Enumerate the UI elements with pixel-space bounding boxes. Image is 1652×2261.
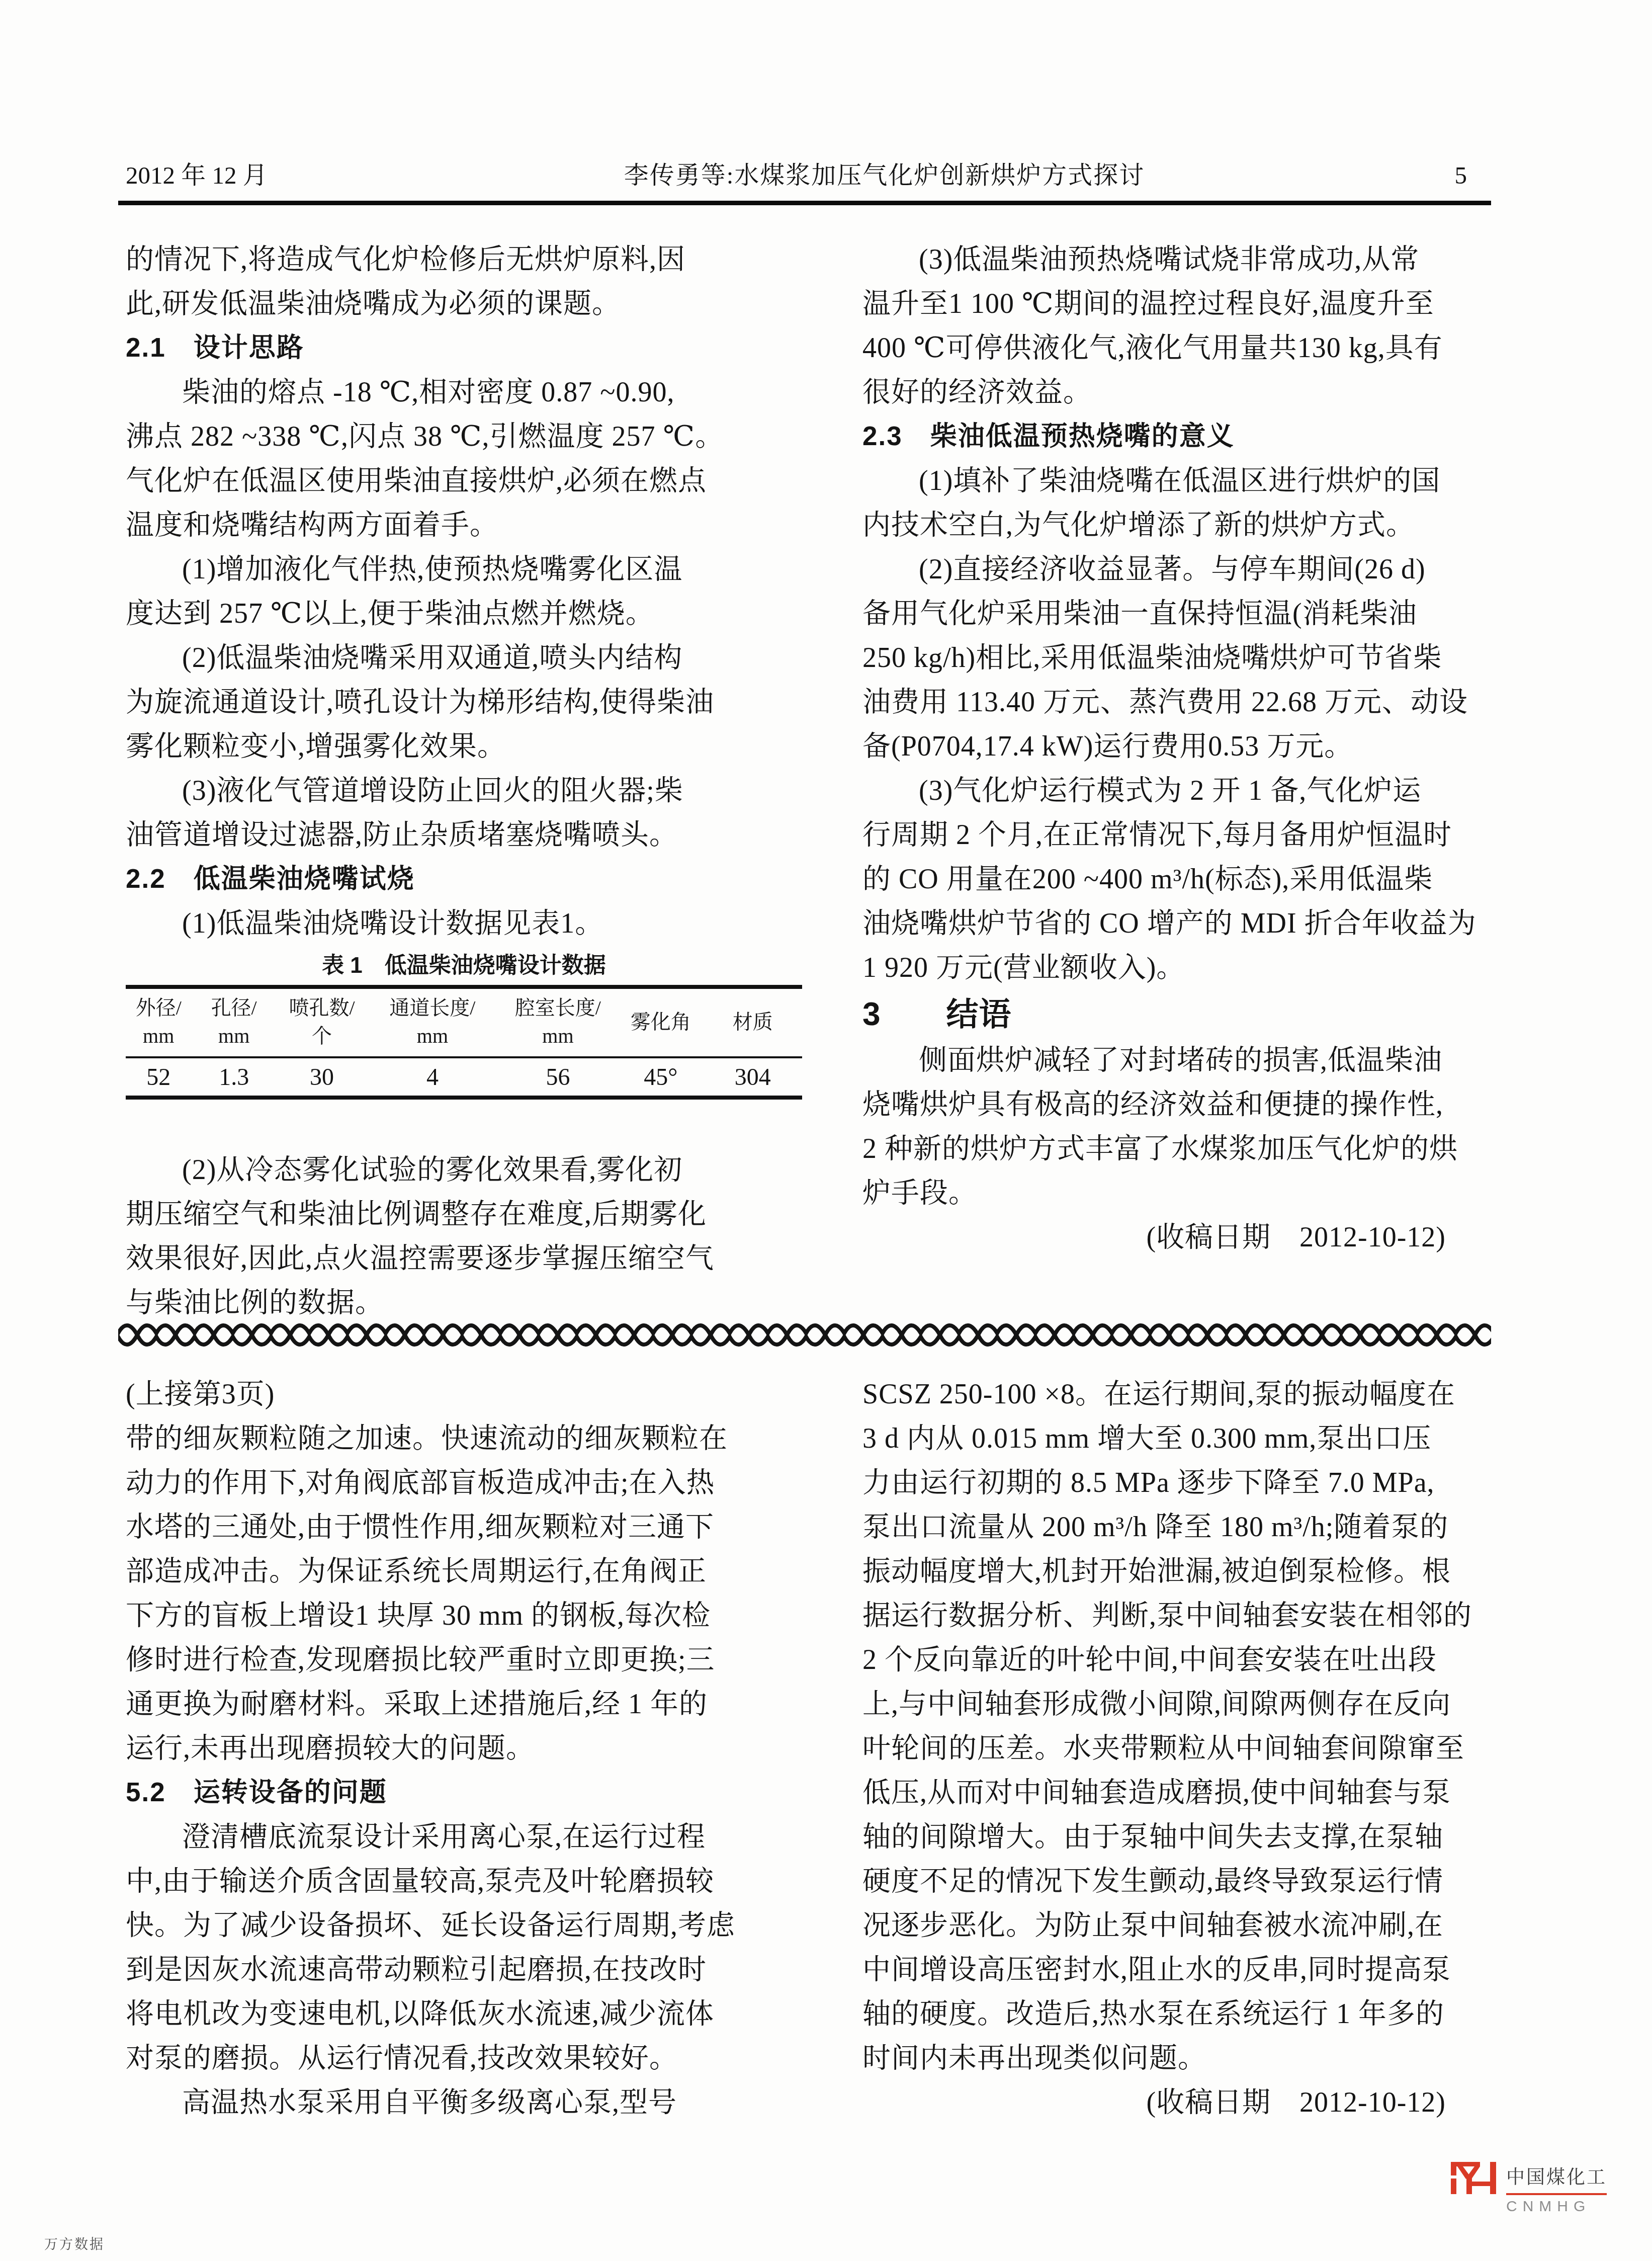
text-line: 修时进行检查,发现磨损比较严重时立即更换;三: [126, 1638, 802, 1682]
col-header-outer-diameter: 外径/mm: [126, 987, 191, 1057]
text-line: (上接第3页): [126, 1372, 802, 1416]
text-line: 烧嘴烘炉具有极高的经济效益和便捷的操作性,: [862, 1082, 1491, 1127]
upper-left-column: 的情况下,将造成气化炉检修后无烘炉原料,因此,研发低温柴油烧嘴成为必须的课题。2…: [126, 237, 802, 1325]
text-line: 带的细灰颗粒随之加速。快速流动的细灰颗粒在: [126, 1416, 802, 1461]
text-line: 温升至1 100 ℃期间的温控过程良好,温度升至: [862, 282, 1491, 326]
burner-design-table: 外径/mm 孔径/mm 喷孔数/个 通道长度/mm 腔室长度/mm 雾化角 材质: [126, 985, 802, 1100]
text-line: 400 ℃可停供液化气,液化气用量共130 kg,具有: [862, 326, 1491, 370]
logo-text: 中国煤化工 CNMHG: [1506, 2162, 1607, 2215]
table-caption: 表 1 低温柴油烧嘴设计数据: [126, 947, 802, 985]
text-line: 通更换为耐磨材料。采取上述措施后,经 1 年的: [126, 1682, 802, 1726]
text-line: 柴油的熔点 -18 ℃,相对密度 0.87 ~0.90,: [126, 370, 802, 414]
text-line: 下方的盲板上增设1 块厚 30 mm 的钢板,每次检: [126, 1594, 802, 1638]
text-line: 运行,未再出现磨损较大的问题。: [126, 1726, 802, 1771]
cnmhg-logo: 中国煤化工 CNMHG: [1451, 2162, 1607, 2215]
wanfang-watermark: 万方数据: [44, 2233, 105, 2253]
cell-atomizing-angle: 45°: [618, 1057, 703, 1098]
text-line: 油费用 113.40 万元、蒸汽费用 22.68 万元、动设: [862, 680, 1491, 724]
text-line: 力由运行初期的 8.5 MPa 逐步下降至 7.0 MPa,: [862, 1461, 1491, 1505]
text-line: 侧面烘炉减轻了对封堵砖的损害,低温柴油: [862, 1038, 1491, 1082]
text-line: 到是因灰水流速高带动颗粒引起磨损,在技改时: [126, 1948, 802, 1992]
cell-hole-diameter: 1.3: [191, 1057, 276, 1098]
cell-hole-count: 30: [277, 1057, 367, 1098]
text-line: 雾化颗粒变小,增强雾化效果。: [126, 724, 802, 769]
cell-outer-diameter: 52: [126, 1057, 191, 1098]
cell-channel-length: 4: [367, 1057, 498, 1098]
text-line: 沸点 282 ~338 ℃,闪点 38 ℃,引燃温度 257 ℃。: [126, 414, 802, 459]
text-line: 3 结语: [862, 990, 1491, 1038]
col-header-channel-length: 通道长度/mm: [367, 987, 498, 1057]
text-line: 内技术空白,为气化炉增添了新的烘炉方式。: [862, 503, 1491, 547]
text-line: (1)增加液化气伴热,使预热烧嘴雾化区温: [126, 547, 802, 592]
text-line: 时间内未再出现类似问题。: [862, 2036, 1491, 2080]
text-line: (2)低温柴油烧嘴采用双通道,喷头内结构: [126, 636, 802, 680]
text-line: 3 d 内从 0.015 mm 增大至 0.300 mm,泵出口压: [862, 1416, 1491, 1461]
text-line: SCSZ 250-100 ×8。在运行期间,泵的振动幅度在: [862, 1372, 1491, 1416]
journal-page: 2012 年 12 月 李传勇等:水煤浆加压气化炉创新烘炉方式探讨 5 的情况下…: [0, 0, 1652, 2261]
table-data-row: 52 1.3 30 4 56 45° 304: [126, 1057, 802, 1098]
text-line: 泵出口流量从 200 m³/h 降至 180 m³/h;随着泵的: [862, 1505, 1491, 1549]
lower-left-column: (上接第3页)带的细灰颗粒随之加速。快速流动的细灰颗粒在动力的作用下,对角阀底部…: [126, 1372, 802, 2125]
text-line: 气化炉在低温区使用柴油直接烘炉,必须在燃点: [126, 459, 802, 503]
text-line: 度达到 257 ℃以上,便于柴油点燃并燃烧。: [126, 592, 802, 636]
text-line: 将电机改为变速电机,以降低灰水流速,减少流体: [126, 1992, 802, 2036]
text-line: 据运行数据分析、判断,泵中间轴套安装在相邻的: [862, 1594, 1491, 1638]
paragraph-block: (2)从冷态雾化试验的雾化效果看,雾化初期压缩空气和柴油比例调整存在难度,后期雾…: [126, 1148, 802, 1325]
text-line: 温度和烧嘴结构两方面着手。: [126, 503, 802, 547]
text-line: (3)低温柴油预热烧嘴试烧非常成功,从常: [862, 237, 1491, 282]
header-date: 2012 年 12 月: [126, 156, 407, 191]
text-line: 中,由于输送介质含固量较高,泵壳及叶轮磨损较: [126, 1859, 802, 1903]
text-line: 部造成冲击。为保证系统长周期运行,在角阀正: [126, 1549, 802, 1594]
text-line: 250 kg/h)相比,采用低温柴油烧嘴烘炉可节省柴: [862, 636, 1491, 680]
text-line: 上,与中间轴套形成微小间隙,间隙两侧存在反向: [862, 1682, 1491, 1726]
text-line: 效果很好,因此,点火温控需要逐步掌握压缩空气: [126, 1236, 802, 1281]
header-rule: [118, 201, 1491, 205]
text-line: 动力的作用下,对角阀底部盲板造成冲击;在入热: [126, 1461, 802, 1505]
text-line: 快。为了减少设备损坏、延长设备运行周期,考虑: [126, 1903, 802, 1948]
paragraph-block: 的情况下,将造成气化炉检修后无烘炉原料,因此,研发低温柴油烧嘴成为必须的课题。2…: [126, 237, 802, 946]
col-header-hole-count: 喷孔数/个: [277, 987, 367, 1057]
text-line: (收稿日期 2012-10-12): [862, 2080, 1491, 2125]
text-line: 况逐步恶化。为防止泵中间轴套被水流冲刷,在: [862, 1903, 1491, 1948]
text-line: 水塔的三通处,由于惯性作用,细灰颗粒对三通下: [126, 1505, 802, 1549]
text-line: (3)液化气管道增设防止回火的阻火器;柴: [126, 769, 802, 813]
cell-material: 304: [704, 1057, 802, 1098]
text-line: 油烧嘴烘炉节省的 CO 增产的 MDI 折合年收益为: [862, 901, 1491, 946]
table-header-row: 外径/mm 孔径/mm 喷孔数/个 通道长度/mm 腔室长度/mm 雾化角 材质: [126, 987, 802, 1057]
text-line: (收稿日期 2012-10-12): [862, 1215, 1491, 1260]
text-line: 期压缩空气和柴油比例调整存在难度,后期雾化: [126, 1192, 802, 1236]
text-line: 很好的经济效益。: [862, 370, 1491, 414]
text-line: 中间增设高压密封水,阻止水的反串,同时提高泵: [862, 1948, 1491, 1992]
text-line: 2.1 设计思路: [126, 326, 802, 370]
text-line: 轴的间隙增大。由于泵轴中间失去支撑,在泵轴: [862, 1815, 1491, 1859]
text-line: 2 个反向靠近的叶轮中间,中间套安装在吐出段: [862, 1638, 1491, 1682]
text-line: (1)填补了柴油烧嘴在低温区进行烘炉的国: [862, 459, 1491, 503]
col-header-atomizing-angle: 雾化角: [618, 987, 703, 1057]
logo-name-cn: 中国煤化工: [1506, 2162, 1607, 2195]
text-line: 与柴油比例的数据。: [126, 1281, 802, 1325]
cell-chamber-length: 56: [498, 1057, 618, 1098]
header-page-number: 5: [1361, 161, 1491, 190]
logo-name-en: CNMHG: [1506, 2198, 1607, 2215]
text-line: 5.2 运转设备的问题: [126, 1771, 802, 1815]
col-header-chamber-length: 腔室长度/mm: [498, 987, 618, 1057]
text-line: 2.2 低温柴油烧嘴试烧: [126, 857, 802, 901]
text-line: 轴的硬度。改造后,热水泵在系统运行 1 年多的: [862, 1992, 1491, 2036]
text-line: 2.3 柴油低温预热烧嘴的意义: [862, 414, 1491, 459]
text-line: (2)直接经济收益显著。与停车期间(26 d): [862, 547, 1491, 592]
rope-divider: [118, 1323, 1491, 1347]
text-line: 澄清槽底流泵设计采用离心泵,在运行过程: [126, 1815, 802, 1859]
col-header-hole-diameter: 孔径/mm: [191, 987, 276, 1057]
text-line: 油管道增设过滤器,防止杂质堵塞烧嘴喷头。: [126, 813, 802, 857]
text-line: 1 920 万元(营业额收入)。: [862, 946, 1491, 990]
text-line: 振动幅度增大,机封开始泄漏,被迫倒泵检修。根: [862, 1549, 1491, 1594]
upper-right-column: (3)低温柴油预热烧嘴试烧非常成功,从常温升至1 100 ℃期间的温控过程良好,…: [862, 237, 1491, 1260]
text-line: 叶轮间的压差。水夹带颗粒从中间轴套间隙窜至: [862, 1726, 1491, 1771]
paragraph-block: SCSZ 250-100 ×8。在运行期间,泵的振动幅度在3 d 内从 0.01…: [862, 1372, 1491, 2125]
text-line: 的 CO 用量在200 ~400 m³/h(标态),采用低温柴: [862, 857, 1491, 901]
text-line: (3)气化炉运行模式为 2 开 1 备,气化炉运: [862, 769, 1491, 813]
text-line: 硬度不足的情况下发生颤动,最终导致泵运行情: [862, 1859, 1491, 1903]
text-line: (2)从冷态雾化试验的雾化效果看,雾化初: [126, 1148, 802, 1192]
text-line: 2 种新的烘炉方式丰富了水煤浆加压气化炉的烘: [862, 1127, 1491, 1171]
text-line: (1)低温柴油烧嘴设计数据见表1。: [126, 901, 802, 946]
paragraph-block: (上接第3页)带的细灰颗粒随之加速。快速流动的细灰颗粒在动力的作用下,对角阀底部…: [126, 1372, 802, 2125]
text-line: 此,研发低温柴油烧嘴成为必须的课题。: [126, 282, 802, 326]
text-line: 行周期 2 个月,在正常情况下,每月备用炉恒温时: [862, 813, 1491, 857]
text-line: 低压,从而对中间轴套造成磨损,使中间轴套与泵: [862, 1771, 1491, 1815]
text-line: 高温热水泵采用自平衡多级离心泵,型号: [126, 2080, 802, 2125]
text-line: 为旋流通道设计,喷孔设计为梯形结构,使得柴油: [126, 680, 802, 724]
text-line: 备(P0704,17.4 kW)运行费用0.53 万元。: [862, 724, 1491, 769]
lower-right-column: SCSZ 250-100 ×8。在运行期间,泵的振动幅度在3 d 内从 0.01…: [862, 1372, 1491, 2125]
text-line: 的情况下,将造成气化炉检修后无烘炉原料,因: [126, 237, 802, 282]
header-title: 李传勇等:水煤浆加压气化炉创新烘炉方式探讨: [407, 156, 1361, 191]
page-header: 2012 年 12 月 李传勇等:水煤浆加压气化炉创新烘炉方式探讨 5: [126, 156, 1491, 191]
col-header-material: 材质: [704, 987, 802, 1057]
text-line: 备用气化炉采用柴油一直保持恒温(消耗柴油: [862, 592, 1491, 636]
paragraph-block: (3)低温柴油预热烧嘴试烧非常成功,从常温升至1 100 ℃期间的温控过程良好,…: [862, 237, 1491, 1260]
text-line: 炉手段。: [862, 1171, 1491, 1215]
mh-monogram-icon: [1451, 2162, 1496, 2194]
text-line: 对泵的磨损。从运行情况看,技改效果较好。: [126, 2036, 802, 2080]
